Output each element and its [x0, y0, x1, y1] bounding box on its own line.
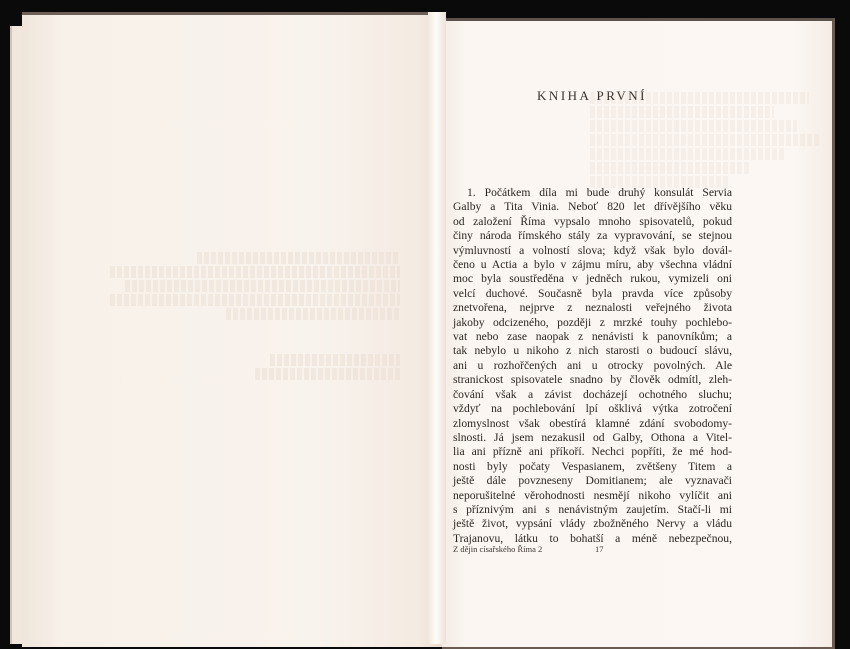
show-through-text-right: [590, 90, 820, 190]
text-line: tak nebylo u nikoho z nich starosti o bu…: [453, 344, 732, 358]
chapter-paragraph: 1. Počátkem díla mi bude druhý konsulát …: [453, 186, 732, 546]
text-line: Galby a Tita Vinia. Neboť 820 let dřívěj…: [453, 200, 732, 214]
text-line: lia ani přízně ani příkoří. Nechci popří…: [453, 445, 732, 459]
text-line: čování však a závist docházejí ochotného…: [453, 388, 732, 402]
book-gutter: [428, 12, 446, 644]
page-number: 17: [595, 544, 604, 554]
text-line: s příznivým ani s nenávistným zaujetím. …: [453, 503, 732, 517]
text-line: vždyť na pochlebování lpí ošklivá výtka …: [453, 402, 732, 416]
text-line: ještě dále povzneseny Domitianem; ale vy…: [453, 474, 732, 488]
text-line: velcí duchové. Současně byla pravda více…: [453, 287, 732, 301]
text-line: vat nebo zase naopak z nenávisti k panov…: [453, 330, 732, 344]
text-line: nosti byly počaty Vespasianem, zvětšeny …: [453, 460, 732, 474]
text-line: zlomyslnost však obestírá klamné zdání s…: [453, 417, 732, 431]
text-line: ještě život, vypsání vlády zbožněného Ne…: [453, 517, 732, 531]
text-line: znetvořena, nejprve z neznalosti veřejné…: [453, 301, 732, 315]
text-line: ani u rozhořčených ani u otrocky povolný…: [453, 359, 732, 373]
text-line: jakoby odcizeného, později z mrzké touhy…: [453, 316, 732, 330]
text-line: stranickost spisovatele snadno by člověk…: [453, 373, 732, 387]
text-line: činy národa římského stály za vypravován…: [453, 229, 732, 243]
text-line: slnosti. Já jsem nezakusil od Galby, Oth…: [453, 431, 732, 445]
text-line: 1. Počátkem díla mi bude druhý konsulát …: [453, 186, 732, 200]
text-line: výmluvností a volností slova; když však …: [453, 244, 732, 258]
text-line: moc byla soustředěna v jedněch rukou, vy…: [453, 272, 732, 286]
text-line: od založení Říma vypsalo mnoho spisovate…: [453, 215, 732, 229]
text-line: čeno u Actia a bylo v zájmu míru, aby vš…: [453, 258, 732, 272]
signature-mark: Z dějin císařského Říma 2: [453, 544, 542, 554]
show-through-text-left: [110, 250, 400, 382]
chapter-title: KNIHA PRVNÍ: [442, 88, 742, 104]
text-line: neporušitelné věrohodnosti nesmějí nikoh…: [453, 489, 732, 503]
